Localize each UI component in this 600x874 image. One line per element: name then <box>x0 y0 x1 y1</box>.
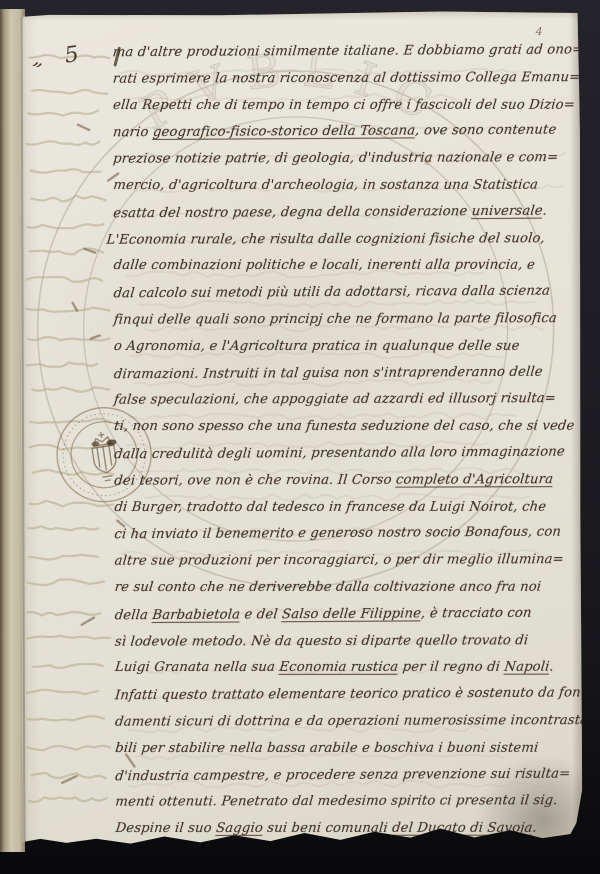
manuscript-line: finqui delle quali sono principj che ne … <box>112 306 577 334</box>
manuscript-line: false speculazioni, che appoggiate ad az… <box>113 386 578 414</box>
manuscript-text-block: ma d'altre produzioni similmente italian… <box>113 38 578 844</box>
manuscript-line: preziose notizie patrie, di geologia, d'… <box>112 145 577 173</box>
manuscript-line: d'industria campestre, e procedere senza… <box>114 761 579 791</box>
manuscript-line: dalla credulità degli uomini, presentand… <box>113 439 578 469</box>
manuscript-line: ma d'altre produzioni similmente italian… <box>111 37 576 67</box>
margin-number: 5 <box>63 42 80 69</box>
manuscript-line: nario geografico-fisico-storico della To… <box>112 118 577 148</box>
page-number: 4 <box>536 25 543 38</box>
ink-smudge <box>91 335 100 338</box>
manuscript-line: damenti sicuri di dottrina e da operazio… <box>114 708 579 736</box>
manuscript-line: menti ottenuti. Penetrato dal medesimo s… <box>114 788 579 816</box>
ink-smudge <box>82 618 94 625</box>
manuscript-line: Despine il suo Saggio sui beni comunali … <box>114 816 579 843</box>
manuscript-line: o Agronomia, e l'Agricoltura pratica in … <box>112 333 577 360</box>
manuscript-line: dei tesori, ove non è che rovina. Il Cor… <box>113 467 578 495</box>
manuscript-line: sì lodevole metodo. Nè da questo si dipa… <box>113 628 578 656</box>
manuscript-line: re sul conto che ne deriverebbe dalla co… <box>113 575 578 602</box>
manuscript-line: Infatti questo trattato elementare teori… <box>114 681 579 711</box>
manuscript-line: della Barbabietola e del Salso delle Fil… <box>113 600 578 630</box>
manuscript-line: ella Repetti che di tempo in tempo ci of… <box>112 92 577 119</box>
margin-ditto-mark: „ <box>31 45 46 70</box>
manuscript-line: altre sue produzioni per incoraggiarci, … <box>113 547 578 575</box>
ink-smudge <box>62 776 76 783</box>
manuscript-line: L'Economia rurale, che risulta dalle cog… <box>105 226 577 254</box>
manuscript-line: Luigi Granata nella sua Economia rustica… <box>114 655 579 682</box>
manuscript-line: ci ha inviato il benemerito e generoso n… <box>113 520 578 550</box>
manuscript-line: dalle combinazioni politiche e locali, i… <box>112 253 577 280</box>
manuscript-line: dal calcolo sui metodi più utili da adot… <box>112 279 577 309</box>
manuscript-line: diramazioni. Instruiti in tal guisa non … <box>112 359 577 389</box>
manuscript-line: rati esprimere la nostra riconoscenza al… <box>111 65 576 93</box>
manuscript-line: mercio, d'agricoltura d'archeologia, in … <box>112 173 577 200</box>
ink-smudge <box>78 125 89 130</box>
manuscript-page: PVBLIC „ 5 4 ma d'altre produzioni simil… <box>20 11 583 845</box>
manuscript-line: ti, non sono spesso che una funesta sedu… <box>113 414 578 441</box>
ink-smudge <box>84 249 95 253</box>
ink-smudge <box>73 303 78 311</box>
manuscript-line: bili per stabilire nella bassa arabile e… <box>114 735 579 762</box>
manuscript-line: di Burger, tradotto dal tedesco in franc… <box>113 494 578 521</box>
manuscript-line: esatta del nostro paese, degna della con… <box>112 198 577 228</box>
